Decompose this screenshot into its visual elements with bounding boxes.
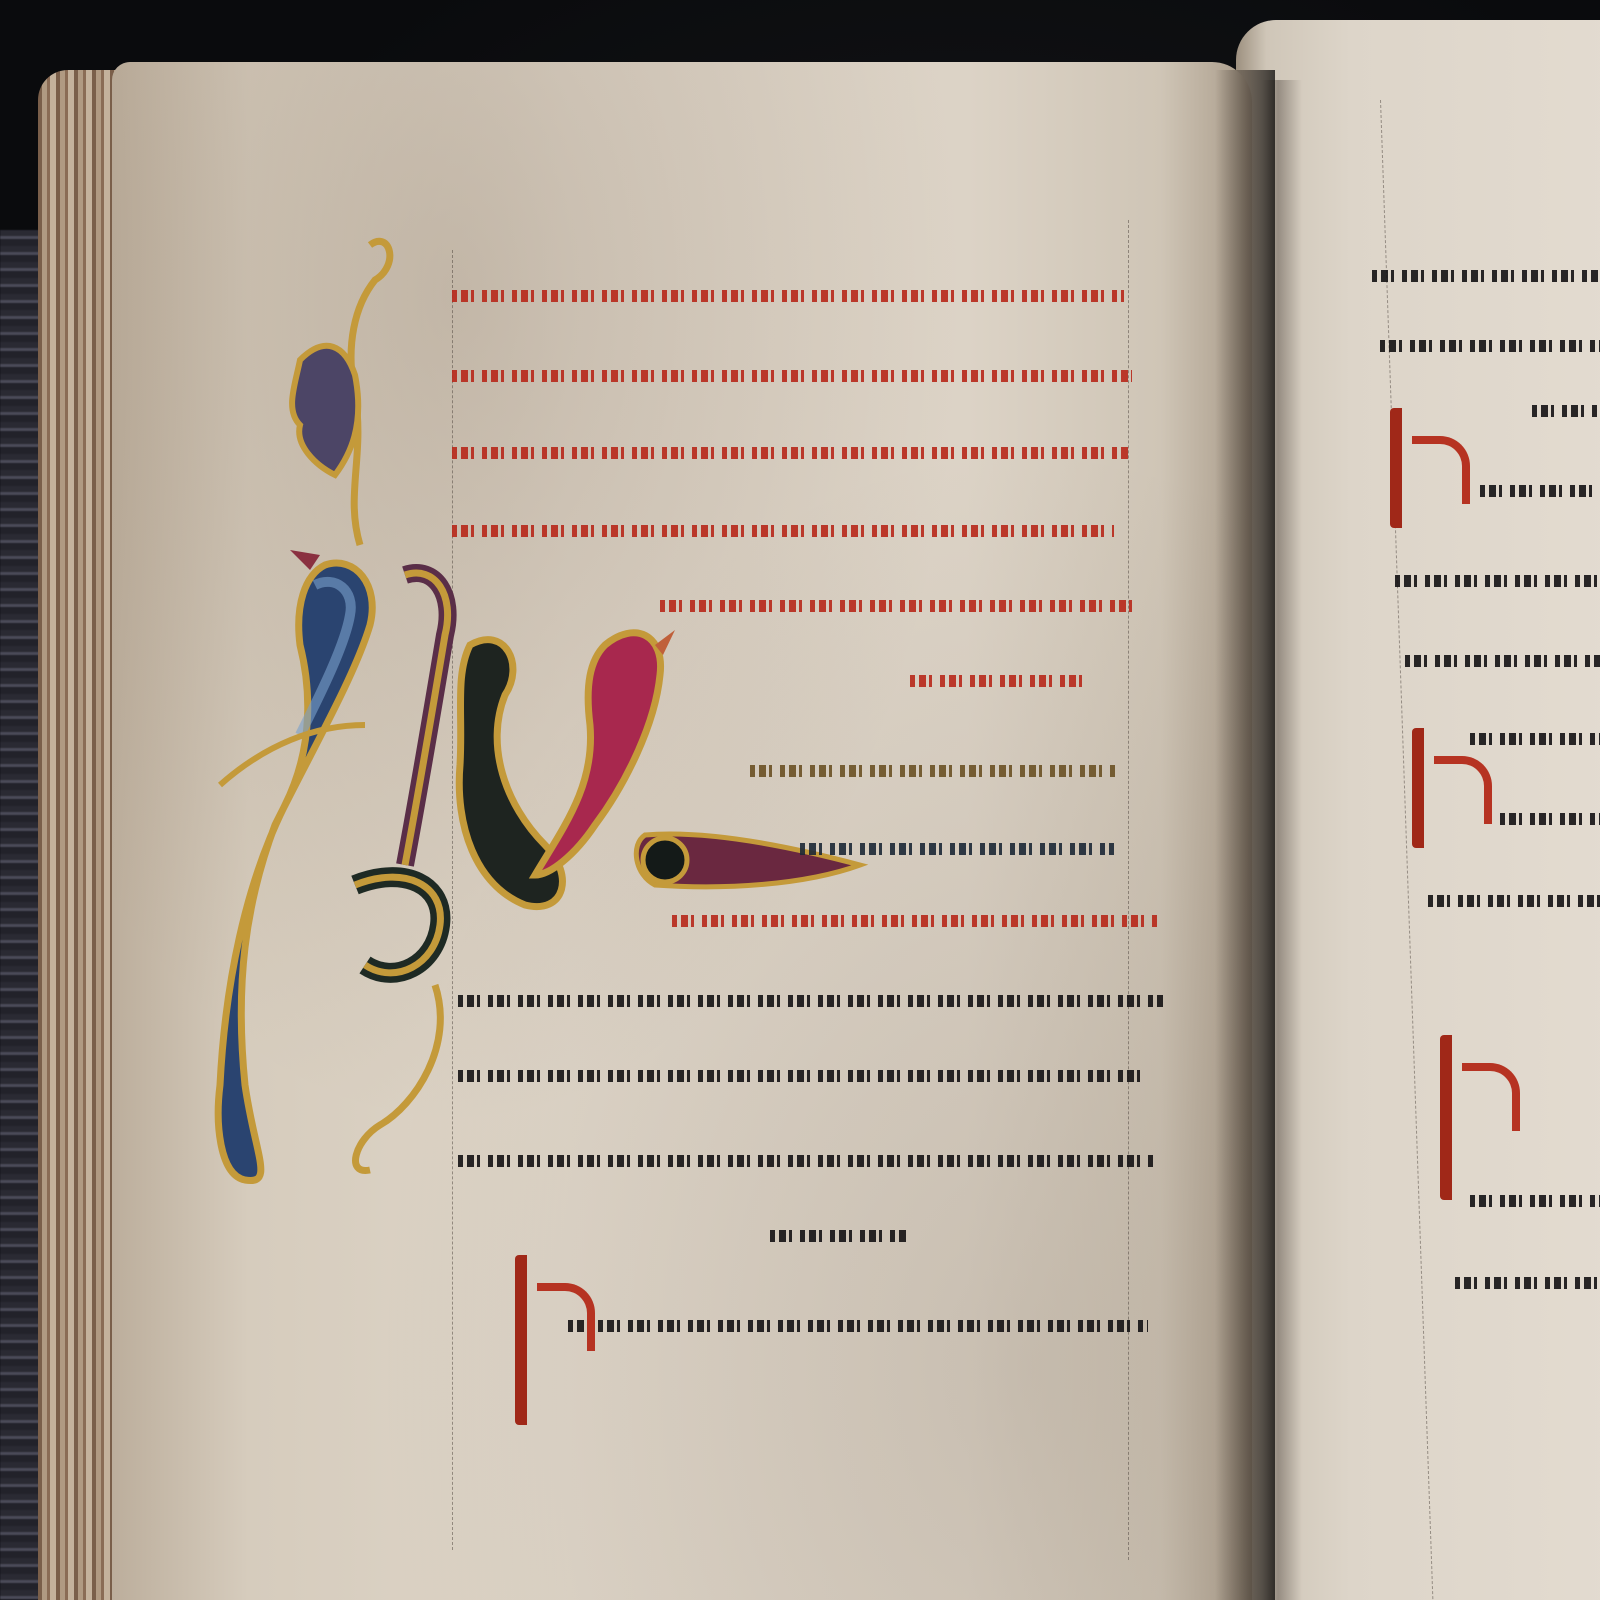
rubric-line: [Armenian rubric line 4] [452, 510, 1114, 550]
red-initial: [red initial 3] [1440, 1035, 1542, 1200]
text-line: [Armenian text line 4] [770, 1215, 908, 1255]
red-initial: [red initial] [515, 1255, 597, 1425]
text-line: [Armenian text line 5] [568, 1305, 1148, 1345]
text-line: [Armenian text fragment 9] [1428, 880, 1600, 920]
text-line: [Armenian text fragment 2] [1380, 325, 1600, 365]
text-line: [Armenian text line 3] [458, 1140, 1153, 1180]
text-line: [Armenian text fragment 1] [1372, 255, 1600, 295]
rubric-line: [Armenian rubric line 1] [452, 275, 1124, 315]
display-line-blue: [Armenian display line, dark blue ink] [800, 828, 1114, 868]
red-initial: [red initial 2] [1412, 728, 1494, 848]
rubric-line: [Armenian rubric line 2] [452, 355, 1132, 395]
gutter-shadow [1215, 70, 1275, 1600]
ruling-line [1128, 220, 1129, 1560]
text-line: [Armenian text line 2] [458, 1055, 1140, 1095]
text-line: [Armenian text fragment 3] [1532, 390, 1600, 430]
text-line: [Armenian text line 1] [458, 980, 1163, 1020]
text-line: [Armenian text fragment 4] [1480, 470, 1600, 510]
text-line: [Armenian text fragment 11] [1455, 1262, 1600, 1302]
text-line: [Armenian text fragment 6] [1405, 640, 1600, 680]
rubric-line: [Armenian rubric line 6] [910, 660, 1086, 700]
rubric-line: [Armenian rubric line 3] [452, 432, 1130, 472]
text-line: [Armenian text fragment 8] [1500, 798, 1600, 838]
display-line-red: [Armenian line, red ink, ending in a pur… [672, 900, 1160, 940]
display-line-gold: [Armenian display line, gold-brown ink] [750, 750, 1118, 790]
red-initial: [red initial 1] [1390, 408, 1472, 528]
rubric-line: [Armenian rubric line 5] [660, 585, 1140, 625]
text-line: [Armenian text fragment 5] [1395, 560, 1600, 600]
page-edges [38, 70, 118, 1600]
